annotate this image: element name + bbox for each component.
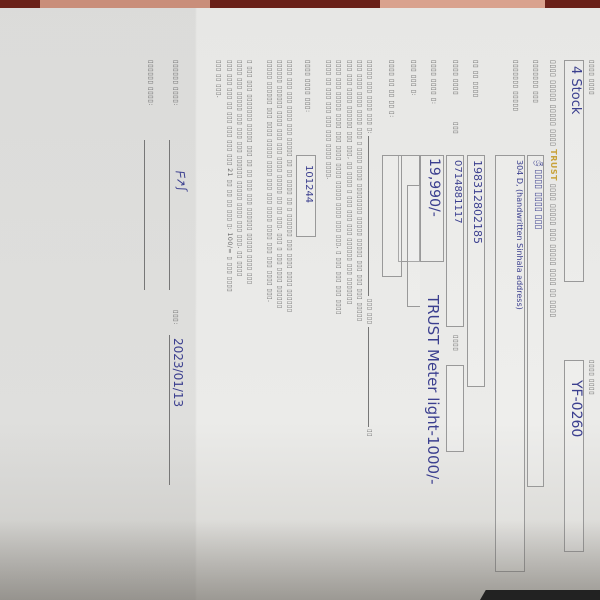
paid-extra-field[interactable] <box>407 185 420 307</box>
terms-paragraph-3: ▯ ▯▯▯ ▯▯▯ ▯▯▯▯▯▯▯ ▯▯▯▯▯ ▯▯▯ ▯▯ ▯▯ ▯▯▯ ▯▯… <box>213 60 254 580</box>
trust-logo: TRUST <box>549 149 558 181</box>
shadow <box>0 520 600 600</box>
mobile-label: ▯▯▯ <box>452 122 460 134</box>
receipt-label: ▯▯▯▯ ▯▯▯▯ ▯▯▯: <box>304 60 312 113</box>
signature-line[interactable] <box>169 140 170 290</box>
balance-field[interactable] <box>382 155 402 277</box>
fee-text: 100/= <box>226 233 233 254</box>
receipt-value: 101244 <box>303 165 314 203</box>
stock-label: ▯▯▯▯ ▯▯▯▯ <box>588 60 596 95</box>
item-note: TRUST Meter light-1000/- <box>424 295 442 485</box>
phone-label: ▯▯▯▯ ▯▯▯▯ <box>452 60 460 95</box>
stock-value: 4 Stock <box>568 66 583 114</box>
signature-label: ▯▯▯▯▯▯ ▯▯▯▯: <box>172 60 180 106</box>
balance-label: ▯▯▯▯ ▯▯ ▯▯ ▯▯ ▯: <box>388 60 396 118</box>
date-value: 2023/01/13 <box>171 338 185 407</box>
nic-label: ▯▯ ▯▯ ▯▯▯▯ <box>472 60 480 98</box>
nic-value: 198312802185 <box>471 160 484 244</box>
other-phone-label: ▯▯▯▯ <box>452 335 460 351</box>
terms-paragraph-1: ▯▯▯▯▯ ▯▯▯ ▯▯▯▯ ▯▯▯ ▯: ▯▯▯ ▯▯▯ ▯▯ ▯▯▯ ▯▯▯… <box>323 60 374 580</box>
header-line: ▯▯▯▯ ▯▯▯▯▯ ▯▯▯▯▯ ▯▯▯▯ TRUST ▯▯▯▯ ▯▯▯▯▯ ▯… <box>549 60 558 318</box>
date-line[interactable] <box>169 335 170 485</box>
customer-name-label: ▯▯▯▯▯▯▯ ▯▯▯ <box>532 60 540 103</box>
paid-label: ▯▯▯ ▯▯▯ ▯: <box>410 60 418 96</box>
price-label: ▯▯▯▯ ▯▯▯▯ ▯: <box>430 60 438 105</box>
address-value: 304 D, (handwritten Sinhala address) <box>515 160 524 310</box>
terms-paragraph-2: ▯▯▯▯ ▯▯▯ ▯▯▯ ▯▯▯▯ ▯▯▯ ▯▯▯▯▯ ▯▯ ▯▯ ▯▯▯▯ ▯… <box>263 60 294 580</box>
serial-label: ▯▯▯▯ ▯▯▯▯ <box>588 360 596 395</box>
registration-form: ▯▯▯▯ ▯▯▯▯ 4 Stock ▯▯▯▯ ▯▯▯▯ YF-0260 ▯▯▯▯… <box>20 60 600 580</box>
officer-signature-line[interactable] <box>144 140 145 290</box>
other-phone-field[interactable] <box>446 365 464 452</box>
price-value: 19,990/- <box>426 158 442 217</box>
date-label: ▯▯▯: <box>172 310 180 325</box>
address-label: ▯▯▯▯▯▯▯ ▯▯▯▯▯ <box>512 60 520 112</box>
officer-signature-label: ▯▯▯▯▯▯ ▯▯▯▯: <box>147 60 155 106</box>
serial-value: YF-0260 <box>568 380 584 437</box>
signature-value: ᖴ↗ʃ <box>172 169 190 192</box>
table-edge <box>480 590 600 600</box>
customer-name-value: ශ්‍රී ▯▯▯▯ ▯▯▯▯ ▯▯▯ <box>533 160 543 230</box>
mobile-value: 0714881117 <box>452 160 463 224</box>
